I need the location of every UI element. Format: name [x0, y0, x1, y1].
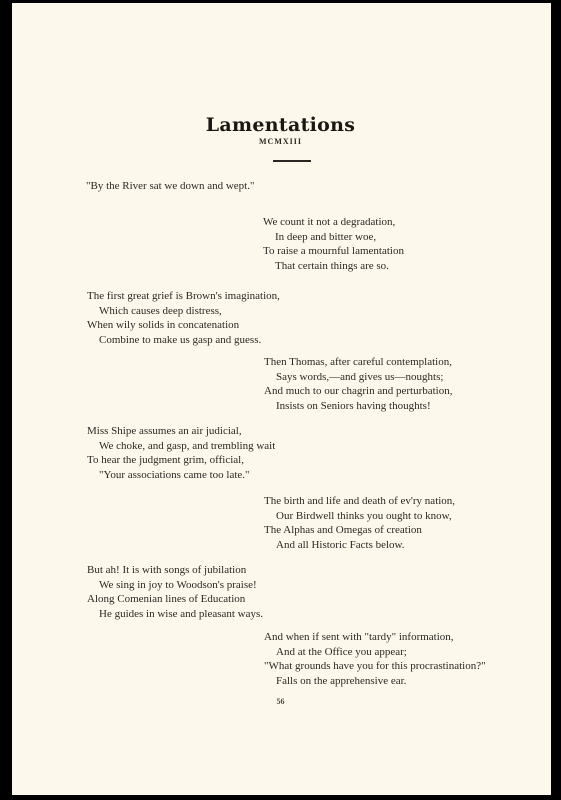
stanza-3: Then Thomas, after careful contemplation… — [264, 355, 452, 413]
stanza-4: Miss Shipe assumes an air judicial, We c… — [87, 424, 275, 482]
verse-line: Combine to make us gasp and guess. — [87, 333, 280, 348]
verse-line: Which causes deep distress, — [87, 304, 280, 319]
verse-line: The first great grief is Brown's imagina… — [87, 289, 280, 304]
stanza-6: But ah! It is with songs of jubilation W… — [87, 563, 263, 621]
verse-line: Says words,—and gives us—noughts; — [264, 370, 452, 385]
page-number: 56 — [0, 697, 561, 706]
verse-line: And all Historic Facts below. — [264, 538, 455, 553]
verse-line: When wily solids in concatenation — [87, 318, 280, 333]
verse-line: To raise a mournful lamentation — [263, 244, 404, 259]
verse-line: We choke, and gasp, and trembling wait — [87, 439, 275, 454]
stanza-7: And when if sent with "tardy" informatio… — [264, 630, 486, 688]
verse-line: To hear the judgment grim, official, — [87, 453, 275, 468]
verse-line: We sing in joy to Woodson's praise! — [87, 578, 263, 593]
verse-line: We count it not a degradation, — [263, 215, 404, 230]
stanza-2: The first great grief is Brown's imagina… — [87, 289, 280, 347]
stanza-5: The birth and life and death of ev'ry na… — [264, 494, 455, 552]
verse-line: Along Comenian lines of Education — [87, 592, 263, 607]
title-rule — [273, 160, 311, 162]
verse-line: Miss Shipe assumes an air judicial, — [87, 424, 275, 439]
verse-line: And when if sent with "tardy" informatio… — [264, 630, 486, 645]
epigraph: "By the River sat we down and wept." — [86, 179, 254, 194]
verse-line: The birth and life and death of ev'ry na… — [264, 494, 455, 509]
verse-line: "What grounds have you for this procrast… — [264, 659, 486, 674]
verse-line: In deep and bitter woe, — [263, 230, 404, 245]
verse-line: And much to our chagrin and perturbation… — [264, 384, 452, 399]
poem-title: Lamentations — [0, 114, 561, 136]
verse-line: And at the Office you appear; — [264, 645, 486, 660]
epigraph-line: "By the River sat we down and wept." — [86, 179, 254, 194]
verse-line: That certain things are so. — [263, 259, 404, 274]
verse-line: Then Thomas, after careful contemplation… — [264, 355, 452, 370]
poem-year: MCMXIII — [0, 137, 561, 146]
verse-line: Our Birdwell thinks you ought to know, — [264, 509, 455, 524]
verse-line: "Your associations came too late." — [87, 468, 275, 483]
stanza-1: We count it not a degradation, In deep a… — [263, 215, 404, 273]
verse-line: Falls on the apprehensive ear. — [264, 674, 486, 689]
verse-line: He guides in wise and pleasant ways. — [87, 607, 263, 622]
verse-line: Insists on Seniors having thoughts! — [264, 399, 452, 414]
verse-line: The Alphas and Omegas of creation — [264, 523, 455, 538]
verse-line: But ah! It is with songs of jubilation — [87, 563, 263, 578]
